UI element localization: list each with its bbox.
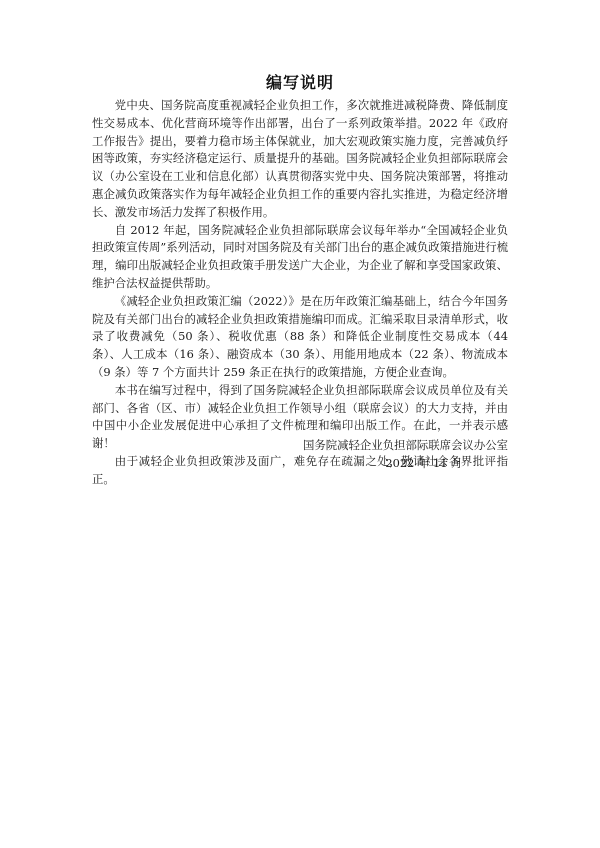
paragraph: 自 2012 年起，国务院减轻企业负担部际联席会议每年举办“全国减轻企业负担政策… bbox=[92, 222, 508, 293]
paragraph: 党中央、国务院高度重视减轻企业负担工作，多次就推进减税降费、降低制度性交易成本、… bbox=[92, 97, 508, 222]
paragraph: 《减轻企业负担政策汇编（2022）》是在历年政策汇编基础上，结合今年国务院及有关… bbox=[92, 293, 508, 382]
signature-organization: 国务院减轻企业负担部际联席会议办公室 bbox=[300, 436, 508, 454]
page-title: 编写说明 bbox=[0, 70, 600, 93]
document-page: 编写说明 党中央、国务院高度重视减轻企业负担工作，多次就推进减税降费、降低制度性… bbox=[0, 0, 600, 848]
signature-date: 2022 年 11 月 bbox=[300, 454, 508, 472]
document-body: 党中央、国务院高度重视减轻企业负担工作，多次就推进减税降费、降低制度性交易成本、… bbox=[92, 97, 508, 489]
signature-block: 国务院减轻企业负担部际联席会议办公室 2022 年 11 月 bbox=[300, 436, 508, 472]
